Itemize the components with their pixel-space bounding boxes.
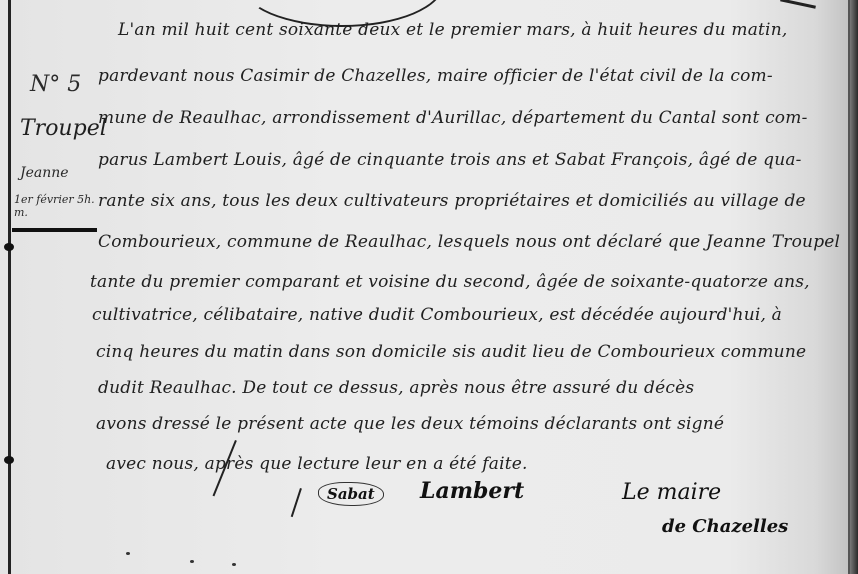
record-line: rante six ans, tous les deux cultivateur… [98,191,806,211]
signature-witness-sabat: Sabat [318,482,384,506]
record-line: pardevant nous Casimir de Chazelles, mai… [98,66,773,86]
signature-mayor-name: de Chazelles [662,516,788,537]
record-line: mune de Reaulhac, arrondissement d'Auril… [98,108,808,128]
record-line: cultivatrice, célibataire, native dudit … [92,305,782,325]
record-line: Combourieux, commune de Reaulhac, lesque… [98,232,840,252]
record-line: cinq heures du matin dans son domicile s… [96,342,806,362]
ink-speck [232,563,236,566]
record-line: L'an mil huit cent soixante deux et le p… [118,20,787,40]
ink-speck [126,552,130,555]
signature-mayor-title: Le maire [622,480,721,505]
record-line: tante du premier comparant et voisine du… [90,272,810,292]
signature-witness-lambert: Lambert [420,478,524,504]
scanned-register-page: N° 5 Troupel Jeanne 1er février 5h. m. L… [0,0,858,574]
record-line: dudit Reaulhac. De tout ce dessus, après… [98,378,694,398]
ink-speck [190,560,194,563]
record-line: parus Lambert Louis, âgé de cinquante tr… [98,150,802,170]
record-line: avons dressé le présent acte que les deu… [96,414,724,434]
record-line: avec nous, après que lecture leur en a é… [106,454,528,474]
